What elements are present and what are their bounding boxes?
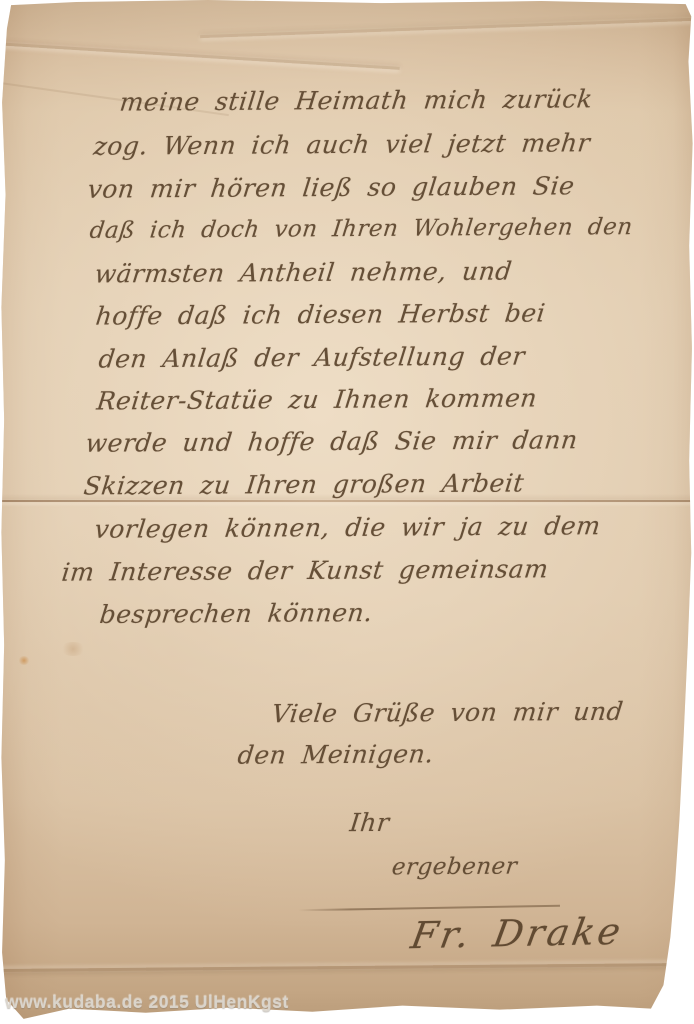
paper-crease-top xyxy=(200,17,694,38)
handwritten-line-13: besprechen können. xyxy=(98,598,374,629)
closing-line-2: den Meinigen. xyxy=(236,739,435,769)
closing-line-1: Viele Grüße von mir und xyxy=(270,697,625,728)
paper-smudge xyxy=(60,642,86,656)
handwritten-line-5: wärmsten Antheil nehme, und xyxy=(93,257,514,289)
handwritten-line-6: hoffe daß ich diesen Herbst bei xyxy=(94,298,547,330)
signature-flourish xyxy=(298,905,560,912)
handwritten-line-3: von mir hören ließ so glauben Sie xyxy=(86,171,576,203)
ink-stain xyxy=(18,656,30,665)
handwritten-line-12: im Interesse der Kunst gemeinsam xyxy=(60,554,550,586)
paper-crease-bottom xyxy=(0,963,694,972)
signoff-line-1: Ihr xyxy=(348,808,391,837)
handwritten-line-9: werde und hoffe daß Sie mir dann xyxy=(84,425,579,457)
handwritten-line-8: Reiter-Statüe zu Ihnen kommen xyxy=(95,383,539,415)
signoff-line-2: ergebener xyxy=(390,854,518,881)
handwritten-line-10: Skizzen zu Ihren großen Arbeit xyxy=(82,468,526,500)
handwritten-line-4: daß ich doch von Ihren Wohlergehen den xyxy=(88,214,634,244)
handwritten-line-7: den Anlaß der Aufstellung der xyxy=(97,342,526,374)
signature: Fr. Drake xyxy=(408,910,627,957)
handwritten-line-1: meine stille Heimath mich zurück xyxy=(118,84,594,116)
scan-background: meine stille Heimath mich zurück zog. We… xyxy=(0,0,694,1024)
letter-paper: meine stille Heimath mich zurück zog. We… xyxy=(0,0,694,1024)
handwritten-line-11: vorlegen können, die wir ja zu dem xyxy=(93,511,602,544)
handwritten-line-2: zog. Wenn ich auch viel jetzt mehr xyxy=(92,128,592,160)
paper-crease-top xyxy=(0,41,400,70)
watermark: www.kudaba.de 2015 UlHenKgst xyxy=(5,992,289,1013)
